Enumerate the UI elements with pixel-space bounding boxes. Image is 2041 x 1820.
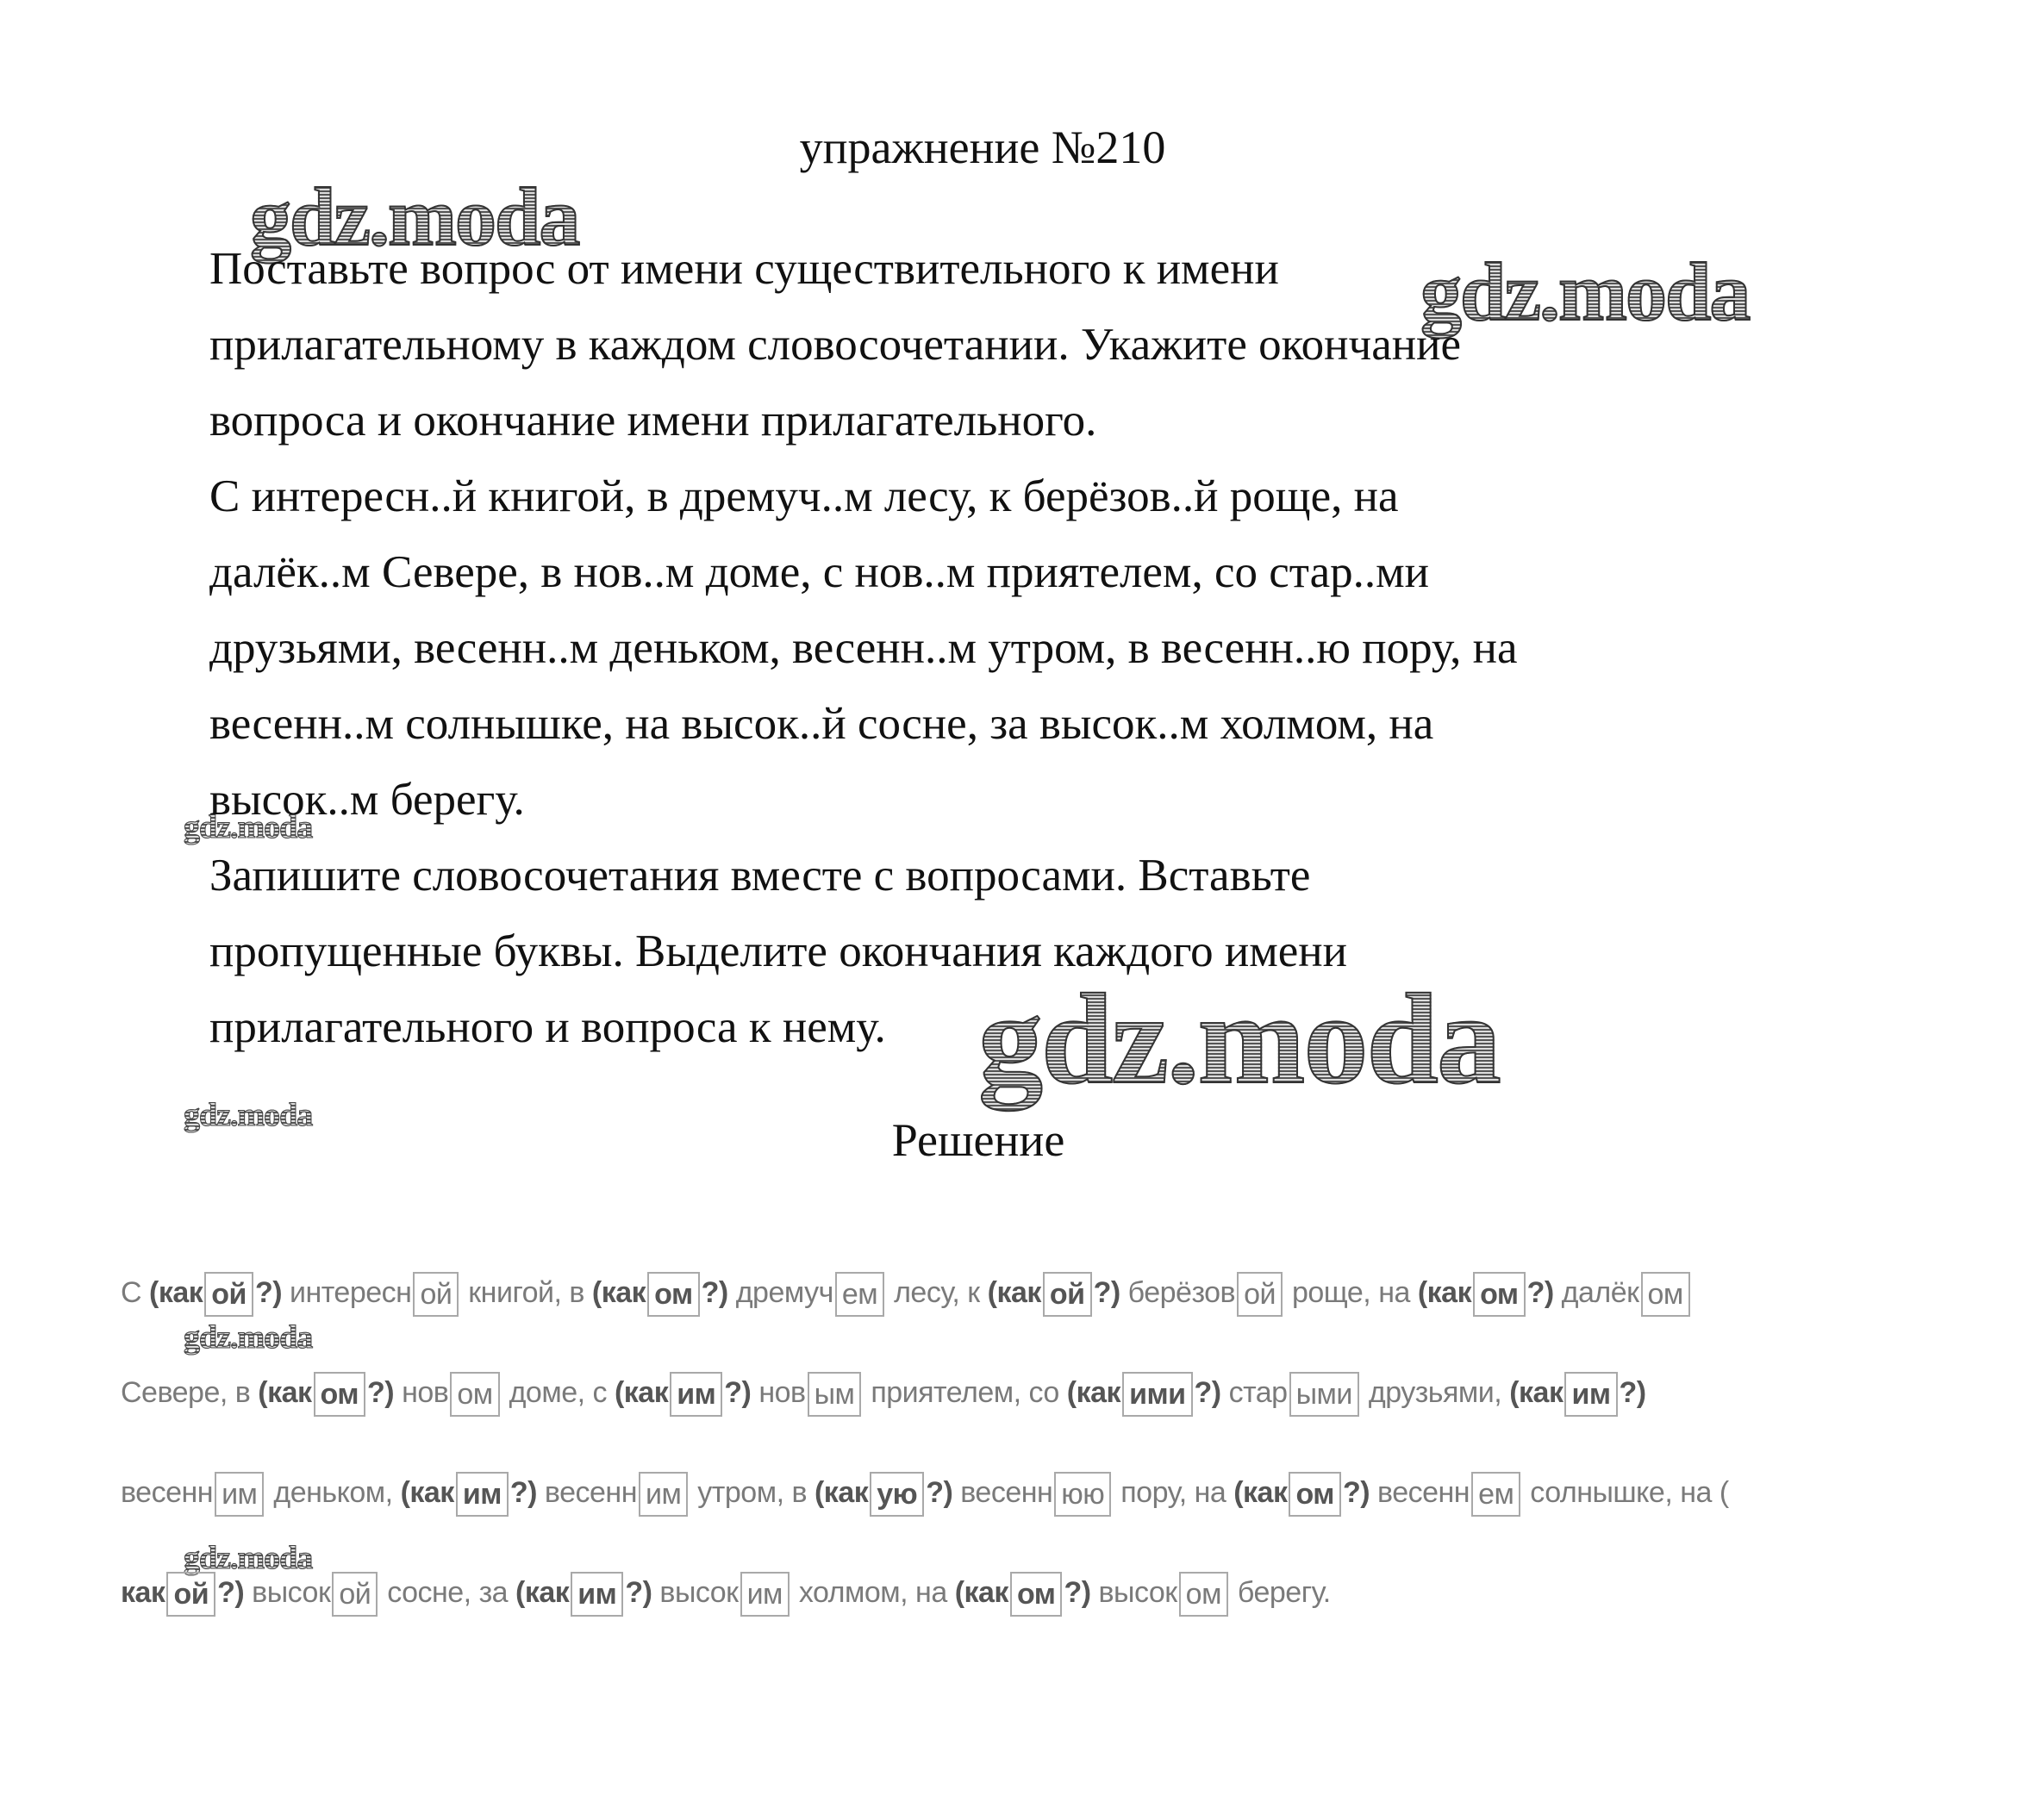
phrase-text: С (121, 1276, 149, 1309)
adjective-ending-box: им (215, 1472, 264, 1517)
question-word: как (121, 1576, 165, 1609)
phrase-text: дремуч (728, 1276, 833, 1309)
question-word: (как (258, 1376, 311, 1409)
question-ending-box: ой (1043, 1272, 1092, 1317)
solution-line: С (какой?) интересной книгой, в (каком?)… (121, 1272, 1692, 1317)
task-line: Запишите словосочетания вместе с вопроса… (209, 838, 1847, 913)
phrase-text: интересн (282, 1276, 411, 1309)
question-word: ?) (1064, 1576, 1090, 1609)
question-word: (как (955, 1576, 1008, 1609)
question-word: ?) (702, 1276, 728, 1309)
instruction-line: вопроса и окончание имени прилагательног… (209, 383, 1847, 458)
adjective-ending-box: ом (1179, 1572, 1228, 1617)
watermark: gdz.moda (184, 1318, 312, 1356)
adjective-ending-box: ыми (1289, 1372, 1359, 1417)
phrase-text: лесу, к (886, 1276, 988, 1309)
adjective-ending-box: ой (413, 1272, 459, 1317)
adjective-ending-box: ой (1237, 1272, 1283, 1317)
question-word: (как (1509, 1376, 1563, 1409)
phrase-text: деньком, (265, 1476, 400, 1509)
question-ending-box: им (1564, 1372, 1617, 1417)
phrase-text: приятелем, со (863, 1376, 1066, 1409)
question-ending-box: им (670, 1372, 722, 1417)
question-word: (как (149, 1276, 203, 1309)
solution-line: Севере, в (каком?) новом доме, с (каким?… (121, 1372, 1646, 1417)
question-word: ?) (724, 1376, 751, 1409)
phrase-text: берёзов (1120, 1276, 1235, 1309)
question-word: (как (515, 1576, 569, 1609)
phrase-text: нов (751, 1376, 805, 1409)
question-ending-box: ом (647, 1272, 699, 1317)
instruction-line: прилагательному в каждом словосочетании.… (209, 307, 1847, 383)
adjective-ending-box: им (740, 1572, 790, 1617)
question-ending-box: ой (166, 1572, 215, 1617)
phrase-text: роще, на (1284, 1276, 1418, 1309)
phrase-text: Севере, в (121, 1376, 258, 1409)
question-word: ?) (367, 1376, 394, 1409)
question-word: ?) (1620, 1376, 1646, 1409)
phrase-text: весенн (537, 1476, 637, 1509)
question-word: (как (1418, 1276, 1471, 1309)
question-word: ?) (926, 1476, 952, 1509)
question-ending-box: им (456, 1472, 509, 1517)
question-ending-box: ом (1473, 1272, 1525, 1317)
solution-line: какой?) высокой сосне, за (каким?) высок… (121, 1572, 1331, 1617)
phrase-text: сосне, за (379, 1576, 515, 1609)
phrase-text: берегу. (1230, 1576, 1331, 1609)
watermark: gdz.moda (978, 965, 1500, 1113)
question-ending-box: ом (1289, 1472, 1340, 1517)
phrase-text: друзьями, (1361, 1376, 1509, 1409)
phrase-text: солнышке, на ( (1522, 1476, 1728, 1509)
solution-line: весенним деньком, (каким?) весенним утро… (121, 1472, 1729, 1517)
phrase-text: высок (244, 1576, 330, 1609)
adjective-ending-box: ой (332, 1572, 378, 1617)
phrase-text: далёк (1554, 1276, 1639, 1309)
phrase-text: весенн (952, 1476, 1052, 1509)
phrase-text: весенн (1370, 1476, 1470, 1509)
question-ending-box: им (571, 1572, 623, 1617)
question-word: (как (1067, 1376, 1120, 1409)
phrase-text: доме, с (502, 1376, 615, 1409)
phrase-text: пору, на (1113, 1476, 1233, 1509)
watermark: gdz.moda (184, 808, 312, 846)
phrase-text: высок (1091, 1576, 1177, 1609)
question-word: (как (815, 1476, 868, 1509)
phrase-line: высок..м берегу. (209, 762, 1847, 838)
adjective-ending-box: ем (835, 1272, 884, 1317)
phrase-line: далёк..м Севере, в нов..м доме, с нов..м… (209, 534, 1847, 610)
question-word: ?) (1343, 1476, 1370, 1509)
question-ending-box: ую (870, 1472, 924, 1517)
question-word: (как (1233, 1476, 1287, 1509)
question-word: (как (592, 1276, 646, 1309)
phrase-text: книгой, в (460, 1276, 592, 1309)
phrase-line: весенн..м солнышке, на высок..й сосне, з… (209, 686, 1847, 762)
adjective-ending-box: юю (1054, 1472, 1111, 1517)
question-ending-box: ой (204, 1272, 253, 1317)
phrase-line: друзьями, весенн..м деньком, весенн..м у… (209, 610, 1847, 686)
question-word: ?) (510, 1476, 537, 1509)
adjective-ending-box: им (639, 1472, 688, 1517)
question-ending-box: ом (314, 1372, 365, 1417)
phrase-text: нов (394, 1376, 448, 1409)
instruction-line: Поставьте вопрос от имени существительно… (209, 231, 1847, 307)
exercise-title: упражнение №210 (0, 121, 1965, 174)
phrase-text: стар (1221, 1376, 1288, 1409)
question-word: ?) (1195, 1376, 1221, 1409)
phrase-text: холмом, на (791, 1576, 955, 1609)
question-ending-box: ом (1010, 1572, 1062, 1617)
question-word: ?) (625, 1576, 652, 1609)
phrase-text: утром, в (690, 1476, 815, 1509)
phrase-text: высок (652, 1576, 738, 1609)
adjective-ending-box: ом (450, 1372, 499, 1417)
question-word: ?) (1527, 1276, 1554, 1309)
question-word: ?) (255, 1276, 282, 1309)
question-word: ?) (217, 1576, 244, 1609)
question-word: (как (615, 1376, 668, 1409)
question-word: ?) (1094, 1276, 1120, 1309)
adjective-ending-box: ом (1641, 1272, 1690, 1317)
adjective-ending-box: ем (1471, 1472, 1520, 1517)
question-word: (как (401, 1476, 454, 1509)
question-word: (как (988, 1276, 1041, 1309)
exercise-text: Поставьте вопрос от имени существительно… (209, 231, 1847, 1065)
phrase-text: весенн (121, 1476, 213, 1509)
adjective-ending-box: ым (808, 1372, 862, 1417)
question-ending-box: ими (1122, 1372, 1192, 1417)
phrase-line: С интересн..й книгой, в дремуч..м лесу, … (209, 458, 1847, 534)
solution-heading: Решение (0, 1113, 1957, 1167)
